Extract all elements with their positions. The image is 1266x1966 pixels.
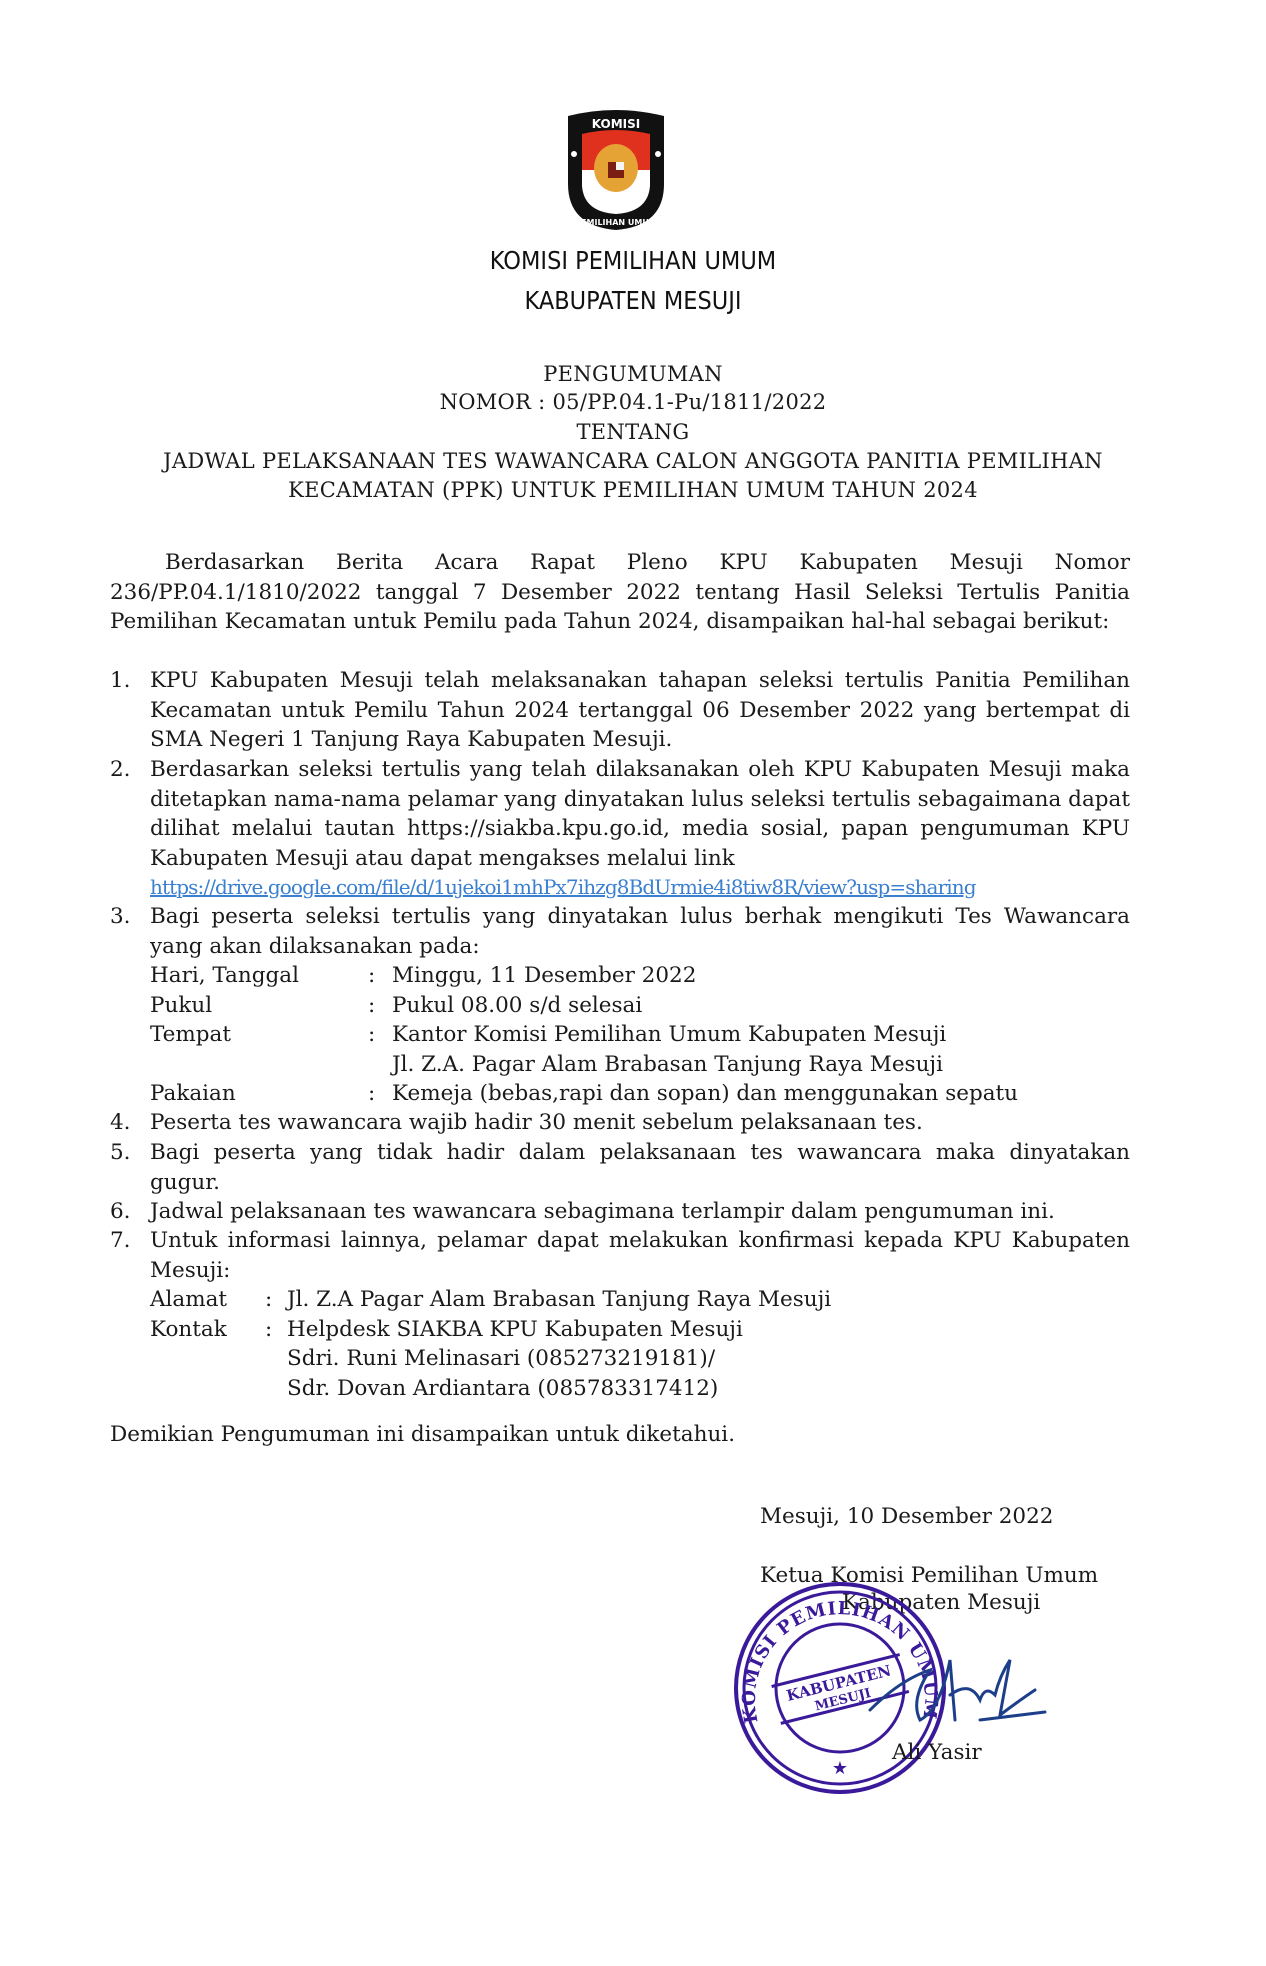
list-item: 6. Jadwal pelaksanaan tes wawancara seba… <box>110 1197 1130 1227</box>
list-item-text: KPU Kabupaten Mesuji telah melaksanakan … <box>150 666 1130 755</box>
schedule-row: Hari, Tanggal:Minggu, 11 Desember 2022 <box>150 961 1130 991</box>
schedule-table: Hari, Tanggal:Minggu, 11 Desember 2022 P… <box>150 961 1130 1109</box>
contact-row: Kontak:Helpdesk SIAKBA KPU Kabupaten Mes… <box>150 1315 1130 1345</box>
contact-row: Sdr. Dovan Ardiantara (085783317412) <box>150 1374 1130 1404</box>
intro-paragraph: Berdasarkan Berita Acara Rapat Pleno KPU… <box>110 548 1130 637</box>
doc-subject-line1: JADWAL PELAKSANAAN TES WAWANCARA CALON A… <box>0 449 1266 473</box>
drive-link[interactable]: https://drive.google.com/file/d/1ujekoi1… <box>150 873 1130 903</box>
list-item: 7. Untuk informasi lainnya, pelamar dapa… <box>110 1226 1130 1403</box>
kpu-emblem-icon: KOMISI PEMILIHAN UMUM <box>560 108 672 232</box>
handwritten-signature-icon <box>860 1640 1060 1740</box>
doc-number: NOMOR : 05/PP.04.1-Pu/1811/2022 <box>0 390 1266 414</box>
list-item-text: Bagi peserta yang tidak hadir dalam pela… <box>150 1138 1130 1197</box>
list-item-number: 1. <box>110 666 150 755</box>
list-item-text: Berdasarkan seleksi tertulis yang telah … <box>150 757 1130 871</box>
list-item: 4. Peserta tes wawancara wajib hadir 30 … <box>110 1108 1130 1138</box>
svg-text:PEMILIHAN UMUM: PEMILIHAN UMUM <box>575 218 657 227</box>
schedule-row: Pakaian:Kemeja (bebas,rapi dan sopan) da… <box>150 1079 1130 1109</box>
closing-sentence: Demikian Pengumuman ini disampaikan untu… <box>110 1420 735 1450</box>
doc-heading: PENGUMUMAN <box>0 362 1266 386</box>
list-item: 1. KPU Kabupaten Mesuji telah melaksanak… <box>110 666 1130 755</box>
list-item-text: Jadwal pelaksanaan tes wawancara sebagim… <box>150 1197 1130 1227</box>
org-name: KOMISI PEMILIHAN UMUM <box>63 246 1202 275</box>
list-item-number: 2. <box>110 755 150 903</box>
list-item-number: 5. <box>110 1138 150 1197</box>
svg-text:KOMISI: KOMISI <box>592 117 640 131</box>
list-item-number: 3. <box>110 902 150 1109</box>
schedule-row: Pukul:Pukul 08.00 s/d selesai <box>150 991 1130 1021</box>
doc-subject-line2: KECAMATAN (PPK) UNTUK PEMILIHAN UMUM TAH… <box>0 478 1266 502</box>
schedule-row: Jl. Z.A. Pagar Alam Brabasan Tanjung Ray… <box>150 1050 1130 1080</box>
list-item-text: Peserta tes wawancara wajib hadir 30 men… <box>150 1108 1130 1138</box>
list-item-text: Bagi peserta seleksi tertulis yang dinya… <box>150 904 1130 959</box>
org-unit: KABUPATEN MESUJI <box>63 286 1202 315</box>
place-date: Mesuji, 10 Desember 2022 <box>760 1504 1053 1529</box>
schedule-row: Tempat:Kantor Komisi Pemilihan Umum Kabu… <box>150 1020 1130 1050</box>
list-item: 5. Bagi peserta yang tidak hadir dalam p… <box>110 1138 1130 1197</box>
signatory-name: Ali Yasir <box>892 1740 982 1765</box>
doc-about: TENTANG <box>0 420 1266 444</box>
list-item: 2. Berdasarkan seleksi tertulis yang tel… <box>110 755 1130 903</box>
contact-table: Alamat:Jl. Z.A Pagar Alam Brabasan Tanju… <box>150 1285 1130 1403</box>
contact-row: Sdri. Runi Melinasari (085273219181)/ <box>150 1344 1130 1374</box>
list-item-text: Untuk informasi lainnya, pelamar dapat m… <box>150 1228 1130 1283</box>
list-item-number: 6. <box>110 1197 150 1227</box>
list-item: 3. Bagi peserta seleksi tertulis yang di… <box>110 902 1130 1109</box>
list-item-number: 7. <box>110 1226 150 1403</box>
svg-text:★: ★ <box>832 1758 848 1779</box>
list-item-number: 4. <box>110 1108 150 1138</box>
contact-row: Alamat:Jl. Z.A Pagar Alam Brabasan Tanju… <box>150 1285 1130 1315</box>
